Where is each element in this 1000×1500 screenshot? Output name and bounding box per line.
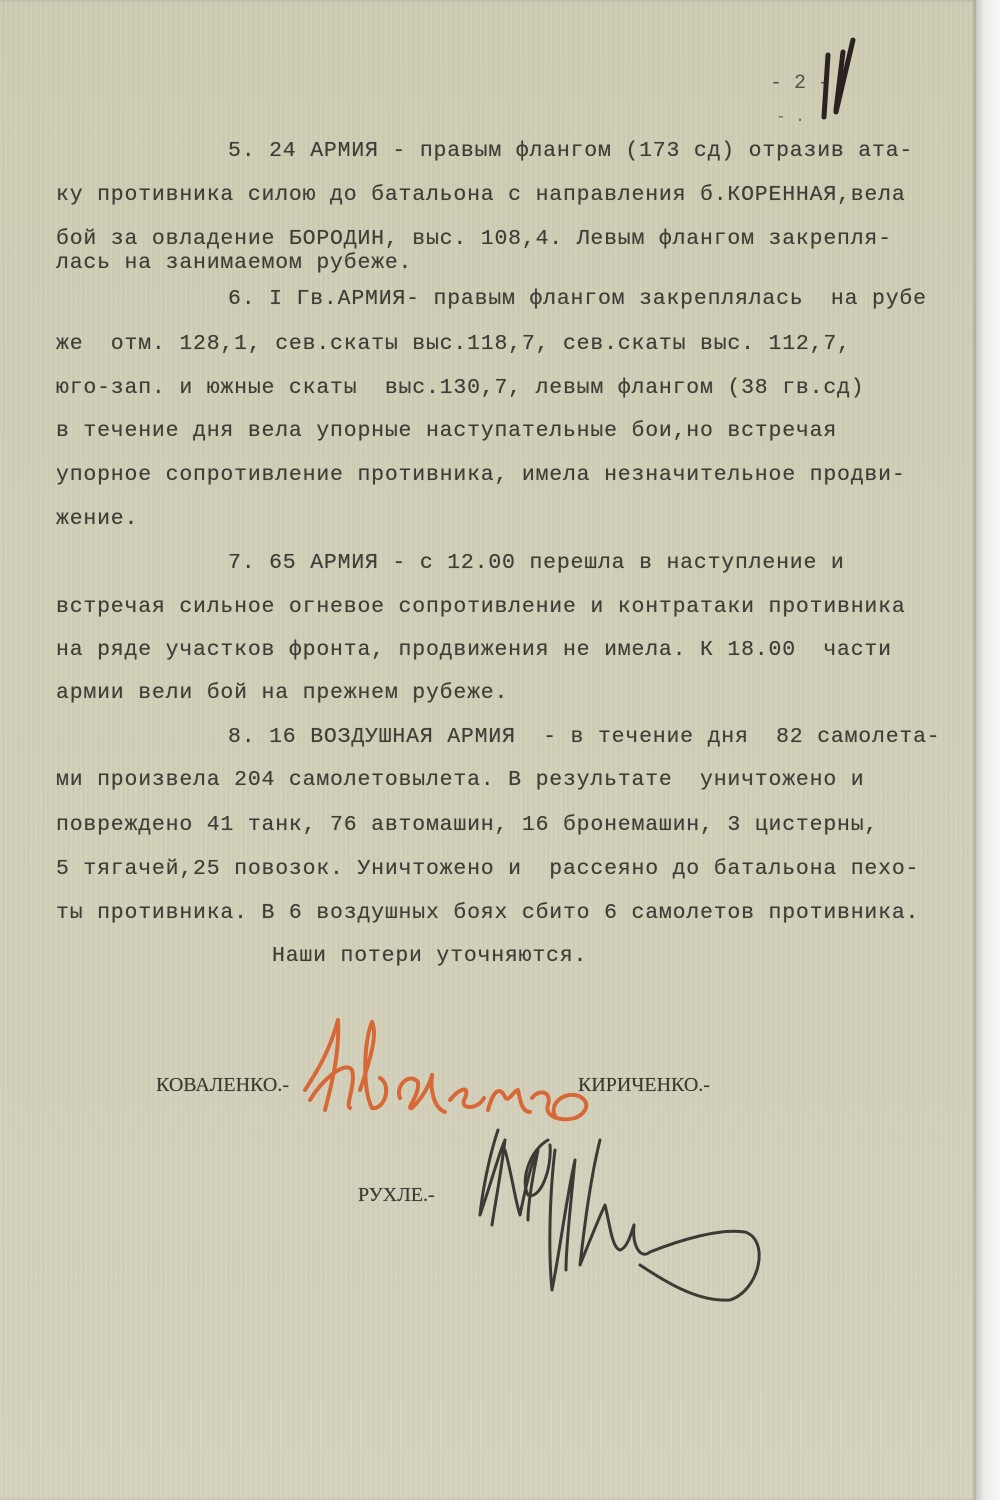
kovalenko-signature: [305, 1020, 586, 1119]
document-page: - 2 - - . 5. 24 АРМИЯ - правым флангом (…: [0, 0, 976, 1500]
page-edge-margin: [976, 0, 1000, 1500]
handwritten-page-number: [824, 40, 853, 117]
handwriting-layer: [0, 0, 976, 1500]
rukhle-signature: [480, 1130, 759, 1300]
